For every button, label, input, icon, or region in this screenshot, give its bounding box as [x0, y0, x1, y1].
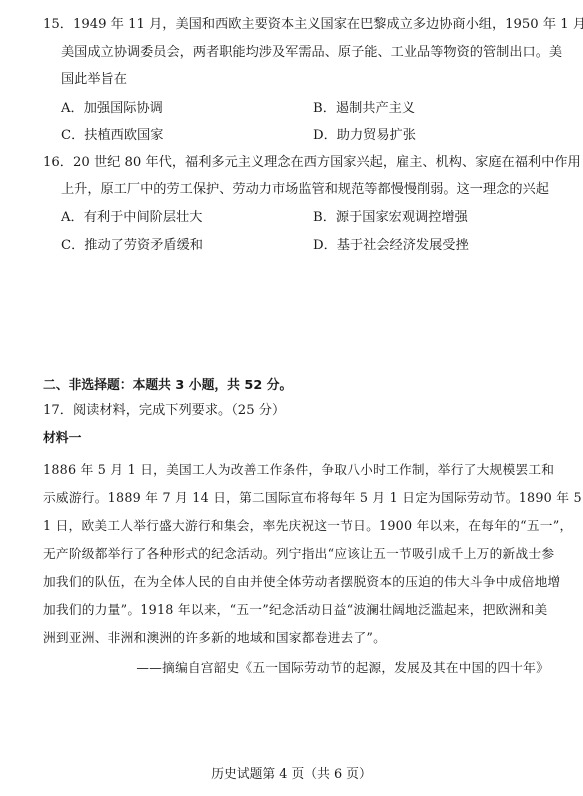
- material-line-2: 示威游行。1889 年 7 月 14 日，第二国际宣布将每年 5 月 1 日定为…: [43, 490, 583, 506]
- material-line-4: 无产阶级都举行了各种形式的纪念活动。列宁指出“应该让五一节吸引成千上万的新战士参: [43, 546, 554, 562]
- question-16-option-c: C．推动了劳资矛盾缓和: [61, 238, 203, 254]
- question-16-option-d: D．基于社会经济发展受挫: [313, 238, 469, 254]
- material-label: 材料一: [43, 431, 81, 447]
- question-15-stem-line-2: 美国成立协调委员会，两者职能均涉及军需品、原子能、工业品等物资的管制出口。美: [61, 45, 562, 61]
- material-attribution: ——摘编自宫韶史《五一国际劳动节的起源，发展及其在中国的四十年》: [136, 660, 549, 676]
- section-heading: 二、非选择题：本题共 3 小题，共 52 分。: [43, 378, 292, 394]
- question-16-option-b: B．源于国家宏观调控增强: [313, 210, 468, 226]
- page-footer: 历史试题第 4 页（共 6 页）: [0, 767, 583, 783]
- material-line-5: 加我们的队伍，在为全体人民的自由并使全体劳动者摆脱资本的压迫的伟大斗争中成倍地增: [43, 574, 561, 590]
- material-line-6: 加我们的力量”。1918 年以来，“五一”纪念活动日益“波澜壮阔地泛滥起来，把欧…: [43, 602, 547, 618]
- question-15-stem-line-1: 15．1949 年 11 月，美国和西欧主要资本主义国家在巴黎成立多边协商小组，…: [43, 17, 583, 33]
- question-15-stem-line-3: 国此举旨在: [61, 72, 127, 88]
- question-15-option-c: C．扶植西欧国家: [61, 128, 163, 144]
- question-16-option-a: A．有利于中间阶层壮大: [61, 210, 202, 226]
- question-15-option-a: A．加强国际协调: [61, 101, 163, 117]
- question-15-option-b: B．遏制共产主义: [313, 101, 415, 117]
- material-line-7: 洲到亚洲、非洲和澳洲的许多新的地域和国家都卷进去了”。: [43, 630, 386, 646]
- question-16-stem-line-1: 16．20 世纪 80 年代，福利多元主义理念在西方国家兴起，雇主、机构、家庭在…: [43, 155, 581, 171]
- question-15-option-d: D．助力贸易扩张: [313, 128, 416, 144]
- question-16-stem-line-2: 上升，原工厂中的劳工保护、劳动力市场监管和规范等都慢慢削弱。这一理念的兴起: [61, 182, 549, 198]
- material-line-1: 1886 年 5 月 1 日，美国工人为改善工作条件，争取八小时工作制，举行了大…: [43, 462, 554, 478]
- material-line-3: 1 日，欧美工人举行盛大游行和集会，率先庆祝这一节日。1900 年以来，在每年的…: [43, 518, 572, 534]
- question-17-prompt: 17．阅读材料，完成下列要求。（25 分）: [43, 403, 285, 419]
